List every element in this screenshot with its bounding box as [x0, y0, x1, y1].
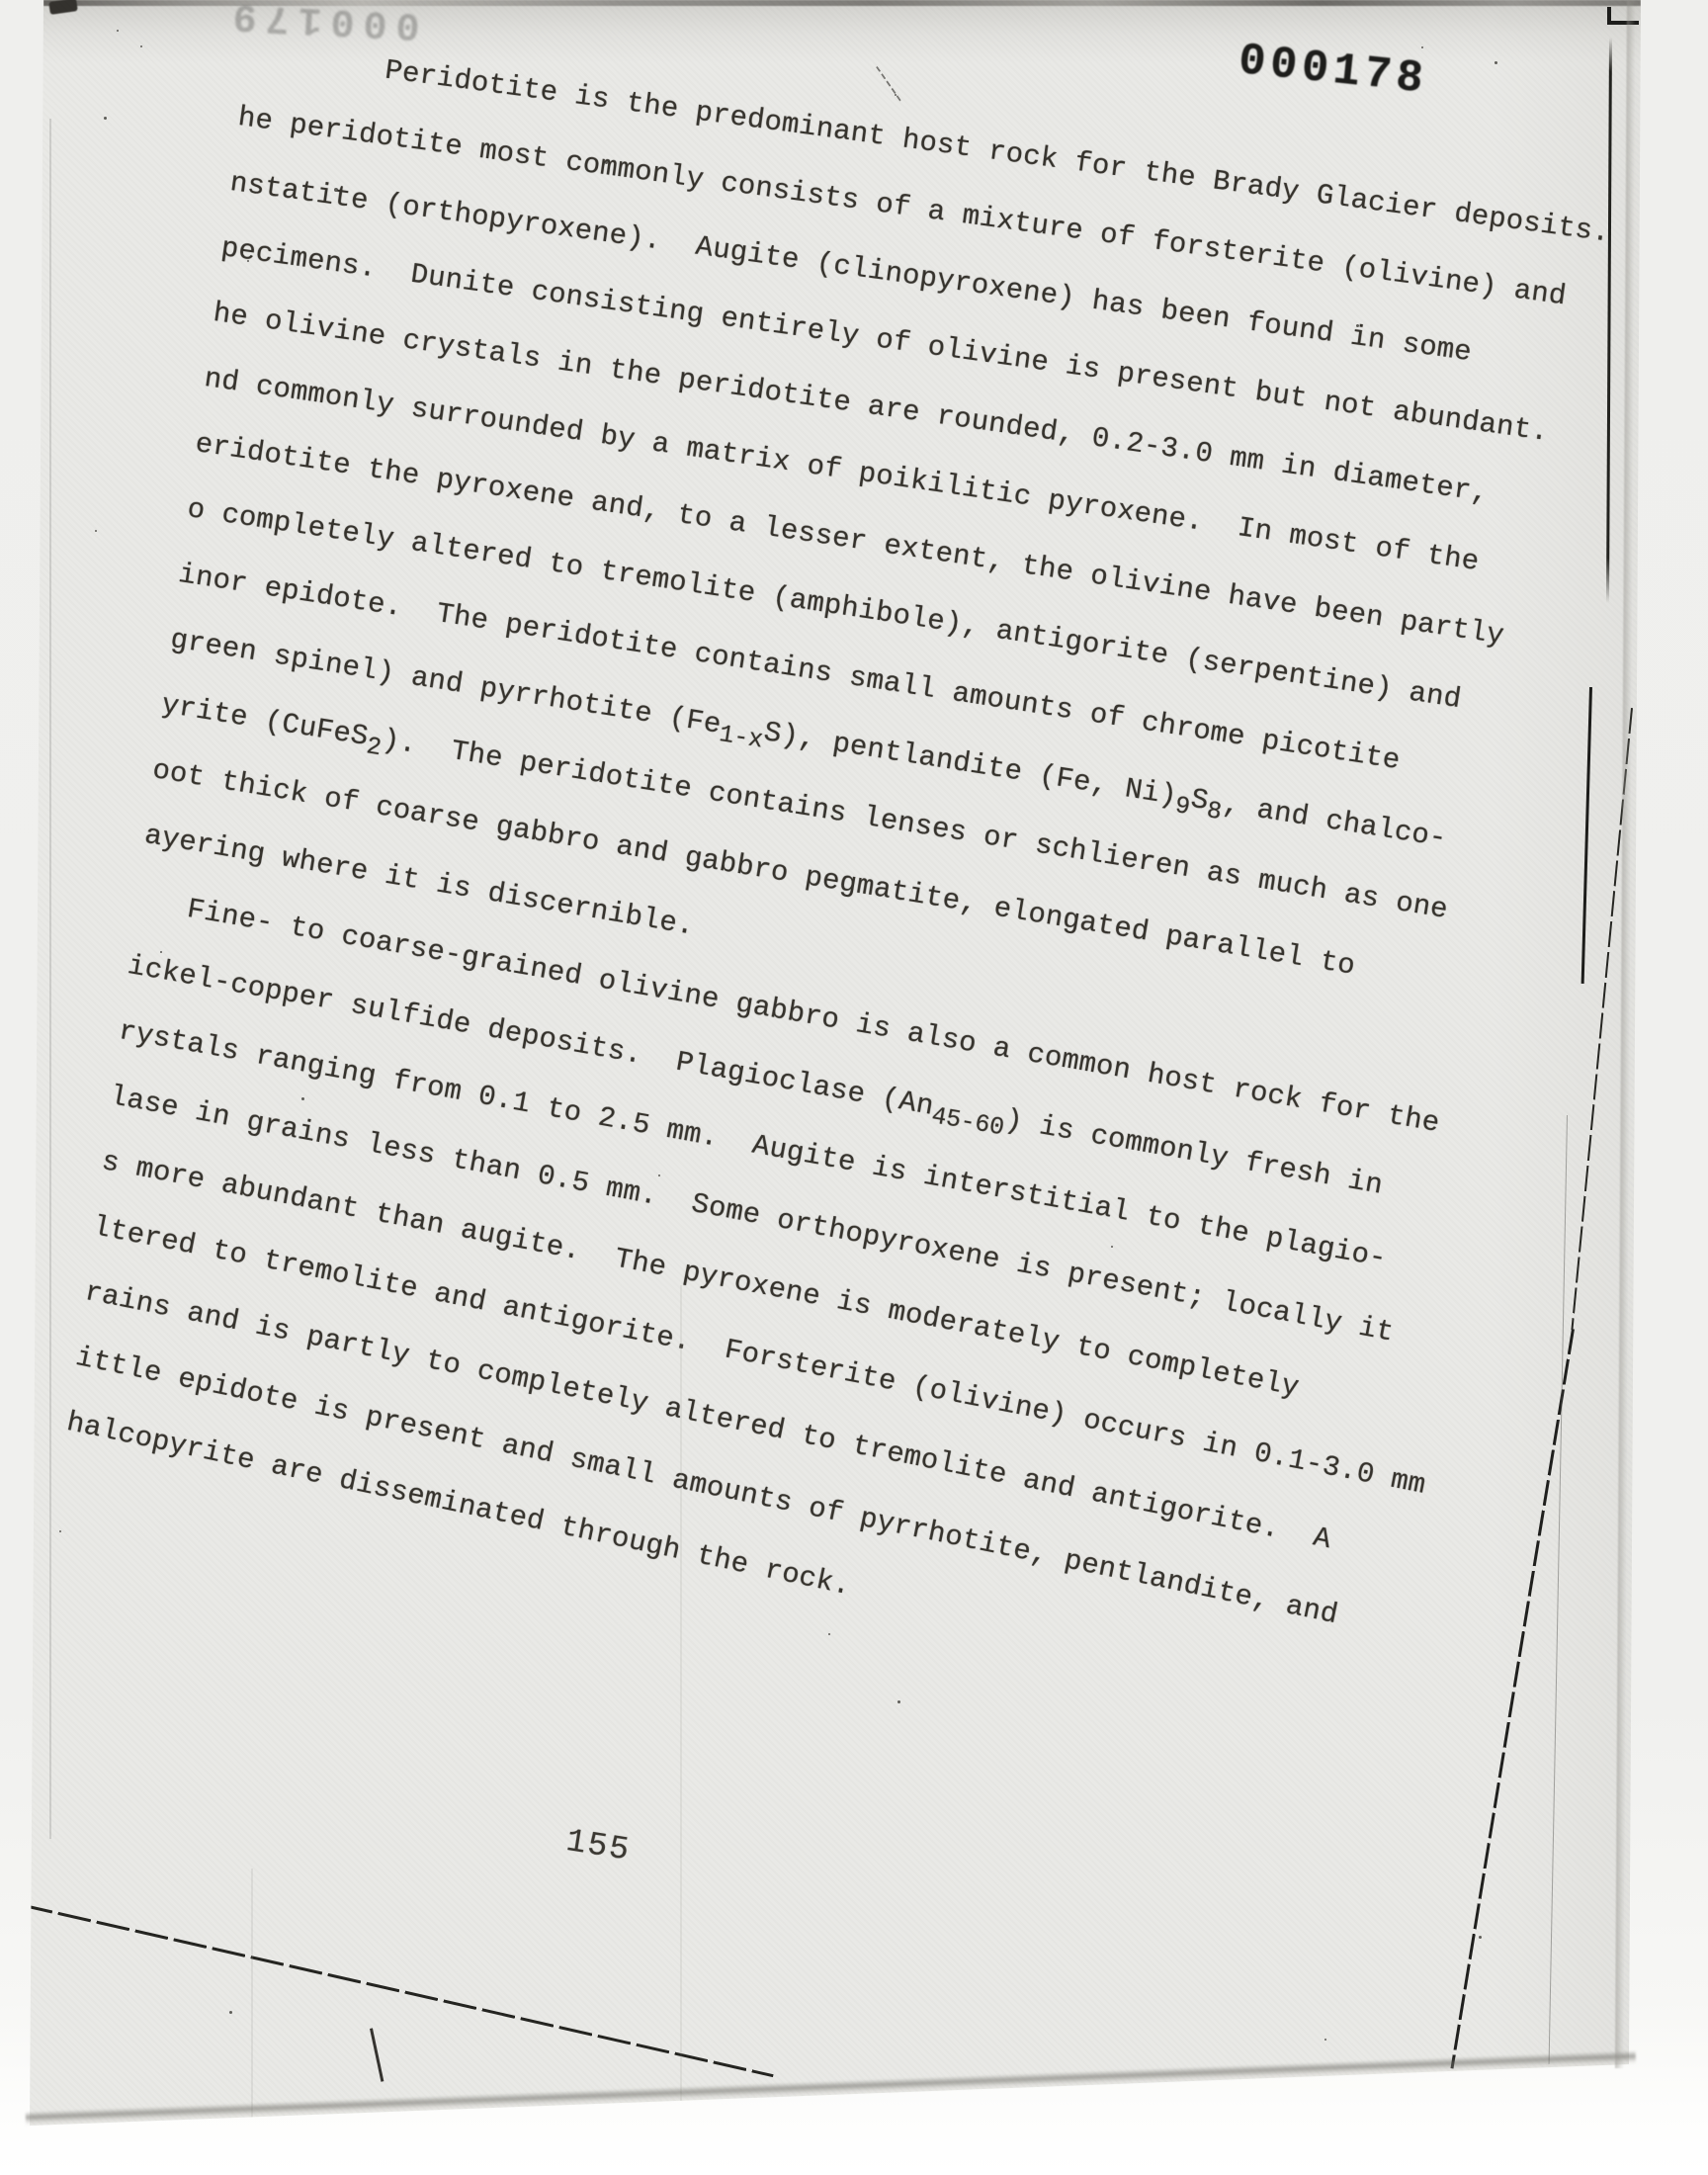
text-line: s more abundant than augite. The pyroxen…	[99, 1147, 1301, 1402]
text-line: ayering where it is discernible.	[142, 821, 696, 941]
ink-speck	[95, 530, 97, 532]
scan-gray-wash-top	[0, 0, 1708, 63]
text-line: eridotite the pyroxene and, to a lesser …	[194, 429, 1506, 651]
text-line: halcopyrite are disseminated through the…	[64, 1408, 853, 1601]
ink-speck	[334, 188, 338, 192]
ink-speck	[895, 94, 897, 96]
ink-speck	[104, 117, 107, 120]
scan-artifact-corner-mark-vertical	[1607, 7, 1611, 25]
scanned-document: 000179 000178 Peridotite is the predomin…	[0, 0, 1708, 2175]
text-line: pecimens. Dunite consisting entirely of …	[219, 233, 1550, 447]
ink-speck	[140, 45, 142, 47]
ink-speck	[229, 2011, 232, 2014]
ink-speck	[117, 30, 119, 32]
ink-speck	[1111, 1246, 1113, 1248]
ink-speck	[605, 161, 608, 164]
ink-speck	[1479, 1936, 1482, 1939]
text-line: inor epidote. The peridotite contains sm…	[177, 560, 1403, 775]
scan-corner-smudge	[48, 0, 78, 15]
text-line: nd commonly surrounded by a matrix of po…	[203, 364, 1481, 576]
text-line: he olivine crystals in the peridotite ar…	[212, 299, 1491, 508]
text-line: he peridotite most commonly consists of …	[237, 103, 1569, 310]
page-number: 155	[563, 1823, 633, 1870]
ink-speck	[247, 260, 249, 262]
scan-artifact-left-margin-line	[49, 119, 51, 1839]
ink-speck	[897, 1700, 900, 1703]
ink-speck	[1421, 46, 1423, 48]
text-line: lase in grains less than 0.5 mm. Some or…	[108, 1082, 1396, 1348]
ghost-stamp: 000179	[193, 0, 452, 48]
scan-dark-top-edge	[43, 0, 1641, 6]
scan-artifact-scratch	[876, 66, 902, 103]
text-line: o completely altered to tremolite (amphi…	[185, 494, 1462, 714]
ink-speck	[828, 1633, 830, 1635]
ink-speck	[301, 1097, 304, 1100]
text-line: rains and is partly to completely altere…	[82, 1277, 1333, 1554]
text-line: green spinel) and pyrrhotite (Fe1-xS), p…	[167, 625, 1448, 861]
text-line: rystals ranging from 0.1 to 2.5 mm. Augi…	[117, 1016, 1389, 1273]
scan-artifact-bottom-left-diagonal	[19, 1903, 773, 2077]
text-line: ickel-copper sulfide deposits. Plagiocla…	[124, 951, 1384, 1208]
ink-speck	[1494, 61, 1497, 64]
scan-artifact-right-diagonal-lower	[1451, 1329, 1575, 2068]
text-line: Peridotite is the predominant host rock …	[245, 38, 1611, 248]
ink-speck	[59, 1530, 61, 1532]
scanned-page: 000179 000178 Peridotite is the predomin…	[0, 0, 1708, 2175]
scan-gray-wash-right	[1491, 0, 1708, 2175]
scan-artifact-faint-streak-1	[251, 1869, 253, 2128]
text-line: Fine- to coarse-grained olivine gabbro i…	[133, 886, 1441, 1138]
ink-speck	[1356, 324, 1359, 327]
scan-artifact-right-faint-line	[1549, 1115, 1569, 2064]
text-line: nstatite (orthopyroxene). Augite (clinop…	[228, 168, 1474, 367]
scan-artifact-right-vertical-line	[1606, 38, 1611, 603]
document-number-stamp: 000178	[1237, 36, 1430, 106]
scan-artifact-faint-streak-2	[680, 1285, 682, 2126]
scan-artifact-right-line	[1581, 687, 1592, 984]
text-line: oot thick of coarse gabbro and gabbro pe…	[151, 755, 1358, 981]
ink-speck	[87, 1428, 89, 1430]
scan-artifact-small-squiggle	[370, 2028, 384, 2081]
ink-speck	[658, 1174, 660, 1176]
ink-speck	[160, 951, 162, 953]
text-line: ltered to tremolite and antigorite. Fors…	[91, 1212, 1428, 1500]
text-line: yrite (CuFeS2). The peridotite contains …	[158, 690, 1450, 932]
text-line: ittle epidote is present and small amoun…	[73, 1343, 1340, 1629]
ink-speck	[1324, 2039, 1326, 2041]
